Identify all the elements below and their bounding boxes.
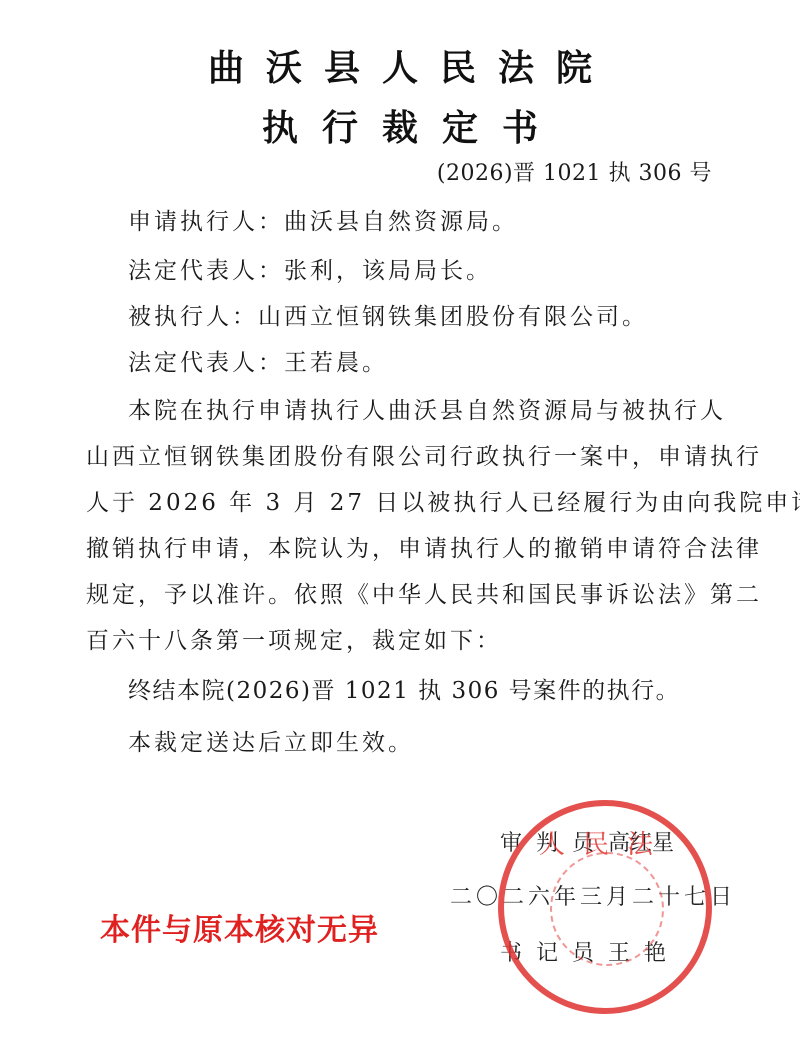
document-type: 执行裁定书: [0, 100, 800, 151]
applicant-representative: 法定代表人：张利，该局局长。: [128, 252, 492, 285]
judge-signature: 审 判 员 高红星: [500, 826, 674, 857]
effect-text: 本裁定送达后立即生效。: [128, 724, 414, 757]
ruling-date: 二〇二六年三月二十七日: [450, 880, 736, 911]
body-line: 山西立恒钢铁集团股份有限公司行政执行一案中，申请执行: [86, 438, 762, 471]
body-line: 规定，予以准许。依照《中华人民共和国民事诉讼法》第二: [86, 576, 762, 609]
body-line: 人于 2026 年 3 月 27 日以被执行人已经履行为由向我院申请: [86, 484, 800, 517]
body-line: 撤销执行申请，本院认为，申请执行人的撤销申请符合法律: [86, 530, 762, 563]
applicant: 申请执行人：曲沃县自然资源局。: [128, 203, 518, 236]
ruling-text: 终结本院(2026)晋 1021 执 306 号案件的执行。: [128, 672, 680, 705]
clerk-signature: 书 记 员 王 艳: [500, 936, 666, 967]
respondent-representative: 法定代表人：王若晨。: [128, 344, 388, 377]
body-line: 本院在执行申请执行人曲沃县自然资源局与被执行人: [128, 392, 726, 425]
court-name: 曲沃县人民法院: [0, 40, 800, 91]
certified-copy-stamp: 本件与原本核对无异: [100, 905, 379, 949]
respondent: 被执行人：山西立恒钢铁集团股份有限公司。: [128, 298, 648, 331]
case-number: (2026)晋 1021 执 306 号: [437, 156, 712, 187]
body-line: 百六十八条第一项规定，裁定如下：: [86, 622, 502, 655]
